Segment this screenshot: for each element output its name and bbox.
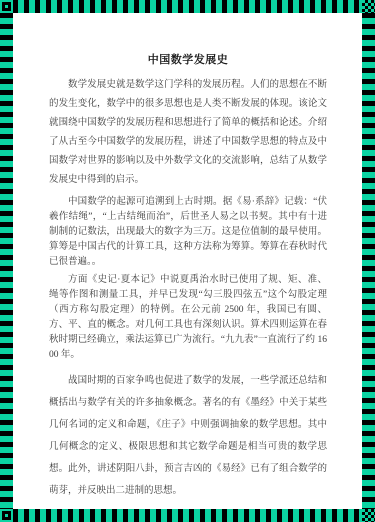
document-title: 中国数学发展史	[49, 54, 327, 67]
border-left-stripes	[0, 13, 13, 509]
paragraph-geometry: 方面《史记·夏本记》中说夏禹治水时已使用了规、矩、准、绳等作图和测量工具，并早已…	[49, 273, 327, 363]
finder-corner-top-left	[0, 0, 13, 13]
checker-corner-top-right	[362, 0, 375, 13]
paragraph-warring-states: 战国时期的百家争鸣也促进了数学的发展，一些学派还总结和概括出与数学有关的许多抽象…	[49, 370, 327, 502]
border-right-stripes	[362, 13, 375, 509]
finder-corner-bottom-left	[0, 509, 13, 522]
document-page: 中国数学发展史 数学发展史就是数学这门学科的发展历程。人们的思想在不断的发生变化…	[0, 0, 375, 522]
border-top-stripes	[13, 0, 362, 13]
paragraph-origins: 中国数学的起源可追溯到上古时期。据《易·系辞》记载：“伏羲作结绳”，“上古结绳而…	[49, 195, 327, 270]
paragraph-intro: 数学发展史就是数学这门学科的发展历程。人们的思想在不断的发生变化，数学中的很多思…	[49, 76, 327, 190]
border-bottom-stripes	[13, 509, 362, 522]
document-content: 中国数学发展史 数学发展史就是数学这门学科的发展历程。人们的思想在不断的发生变化…	[49, 54, 327, 502]
checker-corner-bottom-right	[362, 509, 375, 522]
